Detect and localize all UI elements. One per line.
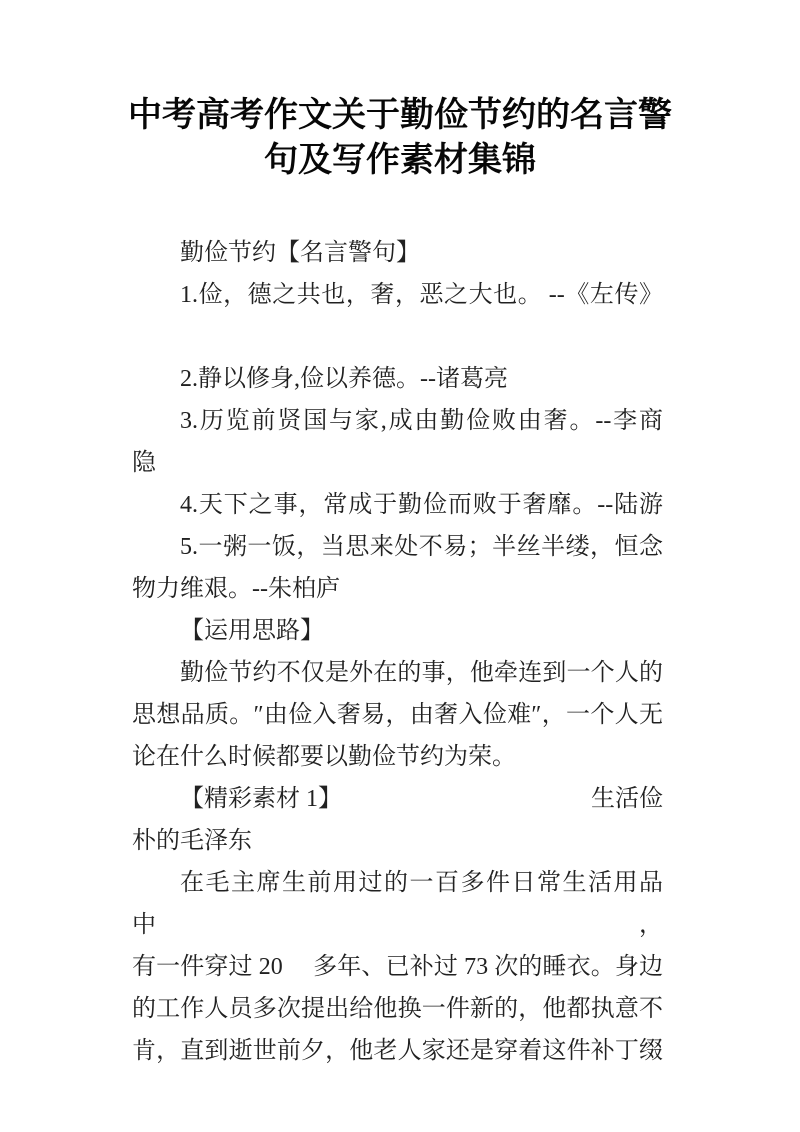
text-line: 思想品质。″由俭入奢易，由奢入俭难″，一个人无: [132, 694, 663, 736]
text-line: 2.静以修身,俭以养德。--诸葛亮: [132, 358, 663, 400]
text-line: 3.历览前贤国与家,成由勤俭败由奢。--李商: [132, 400, 663, 442]
text-line: 【运用思路】: [132, 610, 663, 652]
text-line: 1.俭，德之共也，奢，恶之大也。 --《左传》: [132, 274, 663, 316]
text-line: 有一件穿过 20 多年、已补过 73 次的睡衣。身边: [132, 946, 663, 988]
text-line: 的工作人员多次提出给他换一件新的，他都执意不: [132, 988, 663, 1030]
document-page: 中考高考作文关于勤俭节约的名言警 句及写作素材集锦 勤俭节约【名言警句】1.俭，…: [0, 0, 800, 1132]
document-title-line1: 中考高考作文关于勤俭节约的名言警: [0, 93, 800, 138]
text-line: 4.天下之事，常成于勤俭而败于奢靡。--陆游: [132, 484, 663, 526]
blank-line: [132, 316, 663, 358]
text-line: 隐: [132, 442, 663, 484]
text-line: 物力维艰。--朱柏庐: [132, 568, 663, 610]
section-heading-line: 【精彩素材 1】生活俭: [132, 778, 663, 820]
text-line: 5.一粥一饭，当思来处不易；半丝半缕，恒念: [132, 526, 663, 568]
heading-trailing-text: 生活俭: [591, 778, 663, 820]
text-line: 论在什么时候都要以勤俭节约为荣。: [132, 736, 663, 778]
document-title: 中考高考作文关于勤俭节约的名言警 句及写作素材集锦: [0, 0, 800, 183]
text-line: 肯，直到逝世前夕，他老人家还是穿着这件补丁缀: [132, 1030, 663, 1072]
text-line: 在毛主席生前用过的一百多件日常生活用品中，: [132, 862, 663, 946]
text-line: 朴的毛泽东: [132, 820, 663, 862]
text-line: 勤俭节约【名言警句】: [132, 232, 663, 274]
document-title-line2: 句及写作素材集锦: [0, 138, 800, 183]
document-body: 勤俭节约【名言警句】1.俭，德之共也，奢，恶之大也。 --《左传》 2.静以修身…: [132, 232, 663, 1072]
text-line: 勤俭节约不仅是外在的事，他牵连到一个人的: [132, 652, 663, 694]
section-heading: 【精彩素材 1】: [180, 778, 342, 820]
